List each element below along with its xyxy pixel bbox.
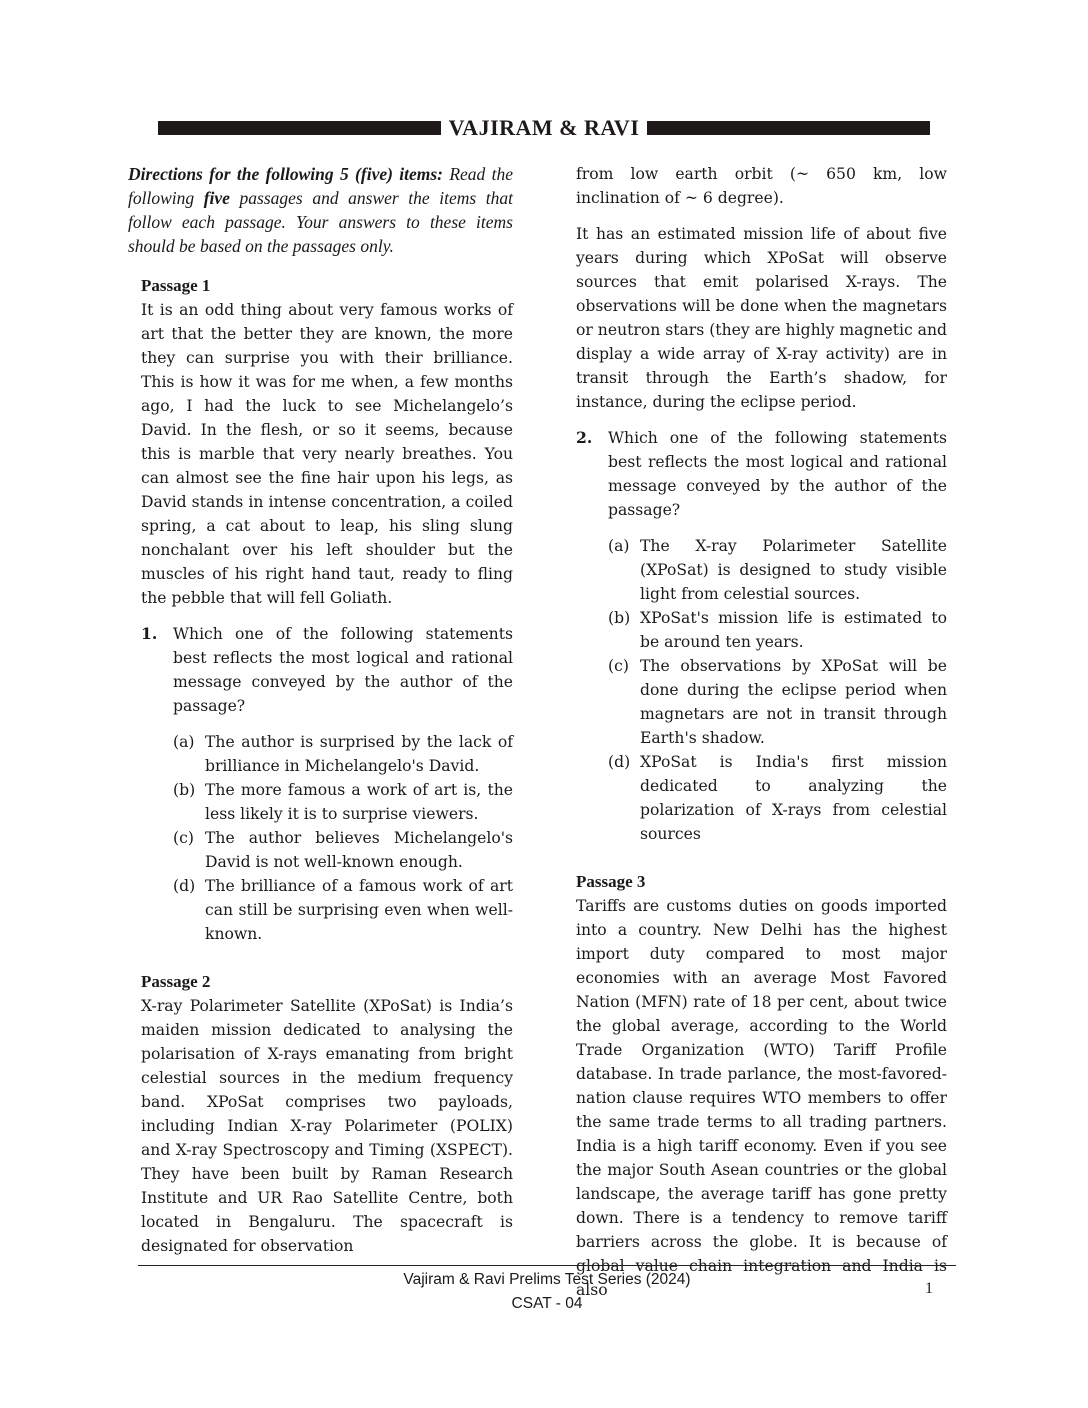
option-text: The X-ray Polarimeter Satellite (XPoSat)…	[640, 534, 947, 606]
passage-1: Passage 1 It is an odd thing about very …	[141, 274, 513, 1258]
option-b: (b) The more famous a work of art is, th…	[173, 778, 513, 826]
option-label: (d)	[173, 874, 205, 946]
right-column: from low earth orbit (~ 650 km, low incl…	[576, 162, 947, 1302]
footer-divider	[138, 1265, 956, 1266]
option-a: (a) The author is surprised by the lack …	[173, 730, 513, 778]
option-label: (a)	[608, 534, 640, 606]
option-label: (c)	[173, 826, 205, 874]
passage-2-continued: from low earth orbit (~ 650 km, low incl…	[576, 162, 947, 210]
passage-title: Passage 1	[141, 274, 513, 298]
page-footer: Vajiram & Ravi Prelims Test Series (2024…	[138, 1268, 956, 1316]
option-text: The brilliance of a famous work of art c…	[205, 874, 513, 946]
brand-title: VAJIRAM & RAVI	[441, 116, 648, 140]
option-text: The author is surprised by the lack of b…	[205, 730, 513, 778]
footer-test-code: CSAT - 04	[138, 1292, 956, 1316]
option-text: XPoSat is India's first mission dedicate…	[640, 750, 947, 846]
directions-lead: Directions for the following 5 (five) it…	[128, 164, 443, 184]
option-text: XPoSat's mission life is estimated to be…	[640, 606, 947, 654]
footer-series: Vajiram & Ravi Prelims Test Series (2024…	[138, 1268, 956, 1292]
question-number: 1.	[141, 622, 173, 946]
passage-title: Passage 2	[141, 970, 513, 994]
option-label: (b)	[608, 606, 640, 654]
option-c: (c) The observations by XPoSat will be d…	[608, 654, 947, 750]
passage-text: X-ray Polarimeter Satellite (XPoSat) is …	[141, 994, 513, 1258]
options-list: (a) The X-ray Polarimeter Satellite (XPo…	[608, 534, 947, 846]
question-2: 2. Which one of the following statements…	[576, 426, 947, 846]
option-label: (a)	[173, 730, 205, 778]
option-text: The author believes Michelangelo's David…	[205, 826, 513, 874]
option-c: (c) The author believes Michelangelo's D…	[173, 826, 513, 874]
directions: Directions for the following 5 (five) it…	[128, 162, 513, 258]
page-number: 1	[925, 1280, 933, 1298]
directions-emphasis: five	[204, 188, 230, 208]
passage-title: Passage 3	[576, 870, 947, 894]
option-label: (c)	[608, 654, 640, 750]
option-text: The observations by XPoSat will be done …	[640, 654, 947, 750]
option-label: (d)	[608, 750, 640, 846]
option-a: (a) The X-ray Polarimeter Satellite (XPo…	[608, 534, 947, 606]
option-label: (b)	[173, 778, 205, 826]
passage-2-paragraph-2: It has an estimated mission life of abou…	[576, 222, 947, 414]
question-text: Which one of the following statements be…	[608, 426, 947, 522]
question-1: 1. Which one of the following statements…	[141, 622, 513, 946]
header-bar-left	[158, 121, 441, 135]
question-text: Which one of the following statements be…	[173, 622, 513, 718]
option-d: (d) The brilliance of a famous work of a…	[173, 874, 513, 946]
option-text: The more famous a work of art is, the le…	[205, 778, 513, 826]
passage-text: Tariffs are customs duties on goods impo…	[576, 894, 947, 1302]
page-header: VAJIRAM & RAVI	[158, 116, 930, 140]
options-list: (a) The author is surprised by the lack …	[173, 730, 513, 946]
option-d: (d) XPoSat is India's first mission dedi…	[608, 750, 947, 846]
question-number: 2.	[576, 426, 608, 846]
passage-3: Passage 3 Tariffs are customs duties on …	[576, 870, 947, 1302]
header-bar-right	[647, 121, 930, 135]
option-b: (b) XPoSat's mission life is estimated t…	[608, 606, 947, 654]
left-column: Directions for the following 5 (five) it…	[128, 162, 513, 1258]
passage-text: It is an odd thing about very famous wor…	[141, 298, 513, 610]
